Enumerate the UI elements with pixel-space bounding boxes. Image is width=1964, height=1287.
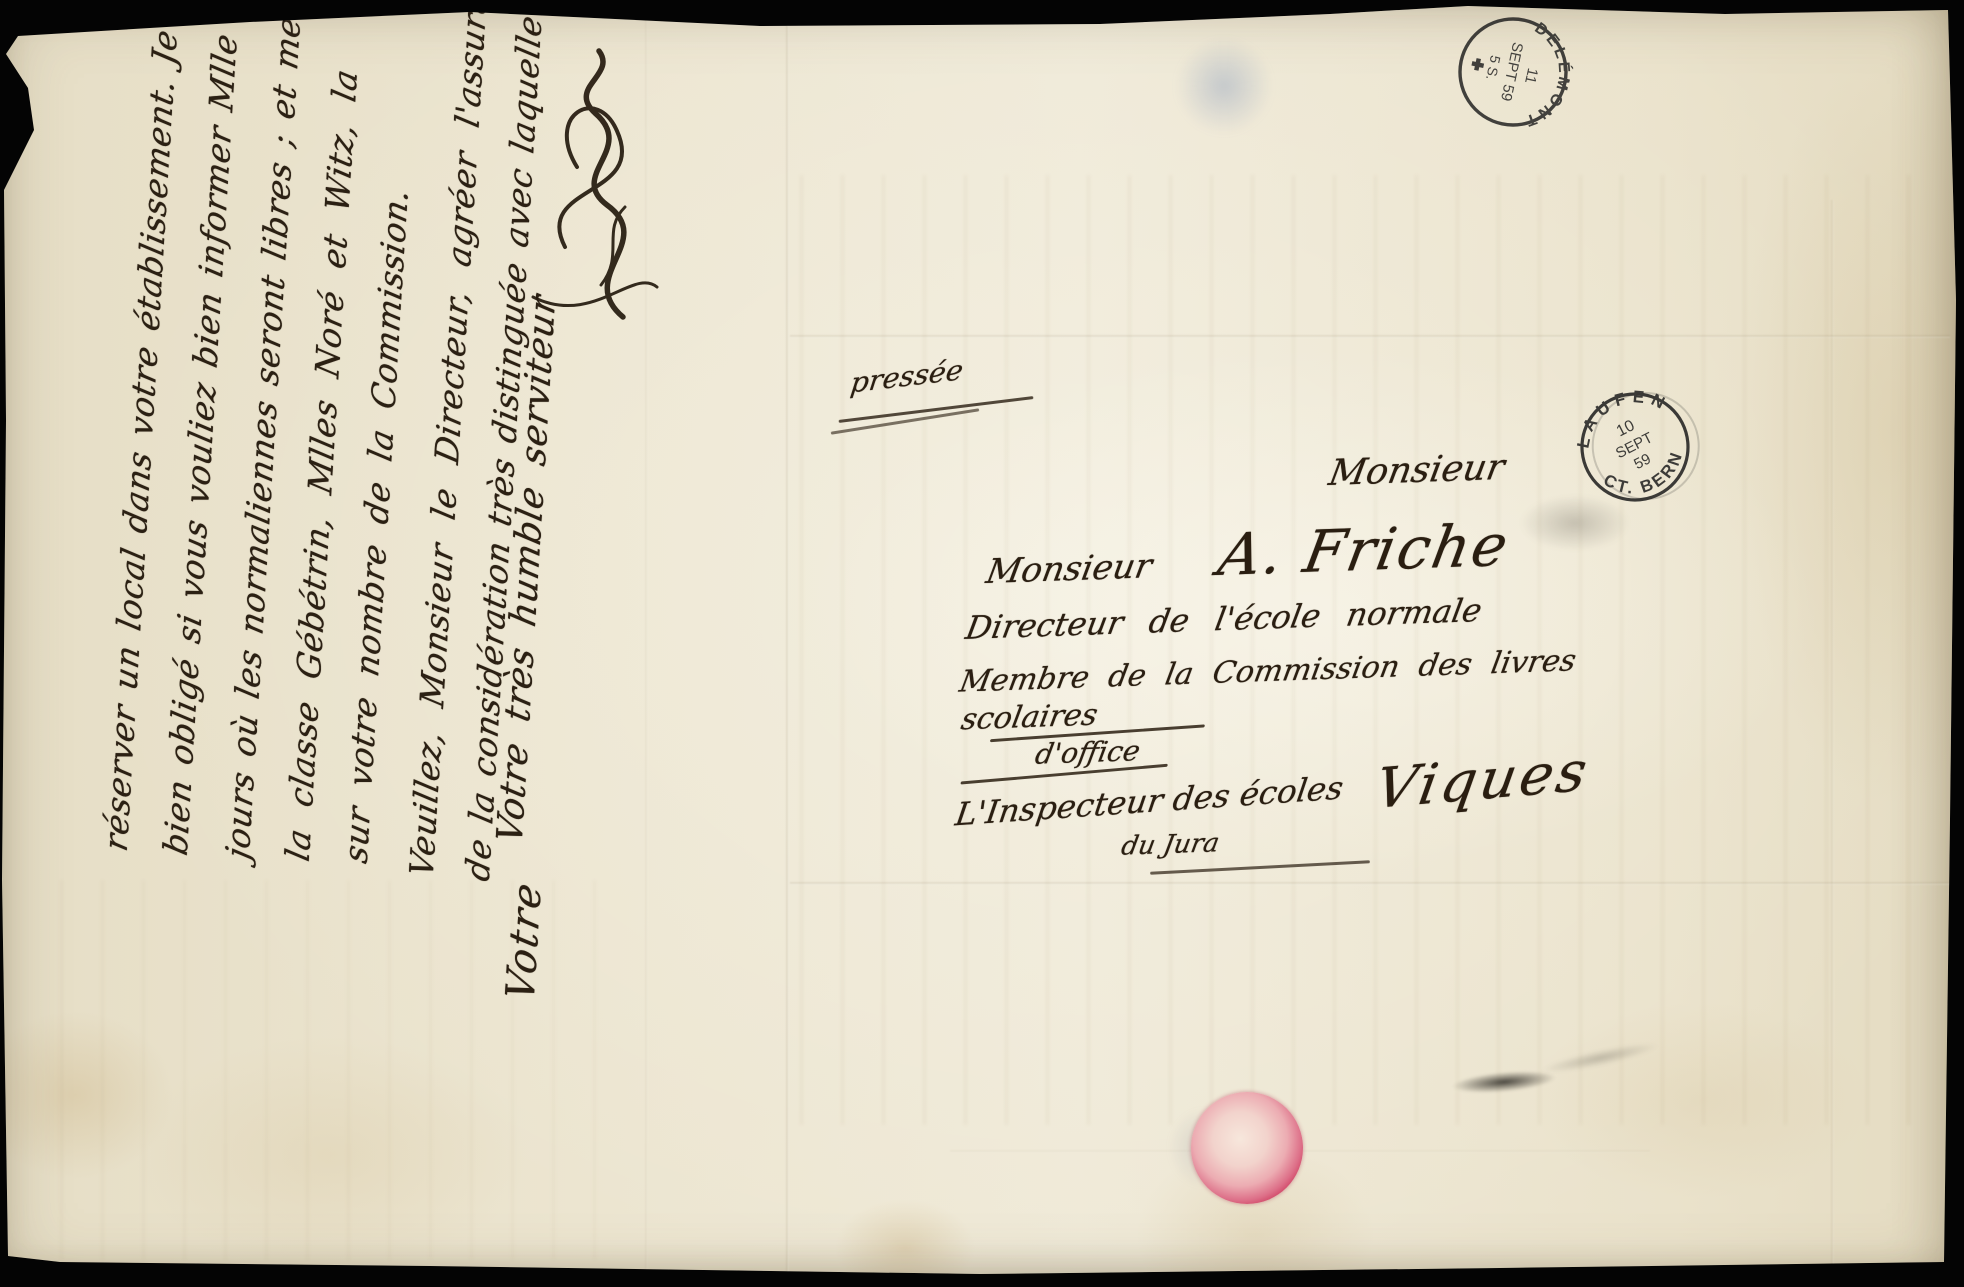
- addressee-title-line-3: scolaires: [958, 698, 1100, 738]
- postmark-delemont: DELÉMONT 11 SEPT 59 5 S.: [1437, 0, 1589, 148]
- postmark-delemont-day: 11: [1521, 66, 1541, 85]
- addressee-name: A. Friche: [1213, 511, 1514, 589]
- signature-flourish: [505, 35, 675, 335]
- fold-crease-vertical-center: [786, 0, 789, 1287]
- blue-ink-smudge: [1176, 38, 1272, 134]
- addressee-name-prefix: Monsieur: [983, 546, 1155, 592]
- swiss-cross-icon: [1471, 57, 1485, 71]
- struck-word-line: d'office: [1033, 734, 1143, 771]
- sender-line-2: du Jura: [1119, 828, 1222, 861]
- struck-word: d'office: [1033, 734, 1143, 771]
- addressee-salutation: Monsieur: [1326, 447, 1508, 494]
- photo-stage: réserver un local dans votre établisseme…: [0, 0, 1964, 1287]
- postmark-delemont-time: 5 S.: [1483, 54, 1504, 82]
- letter-catchword: Votre: [498, 877, 551, 1005]
- wax-seal: [1191, 1092, 1303, 1204]
- postmark-laufen: LAUFEN CT. BERN 10 SEPT 59: [1559, 371, 1711, 523]
- letter-paper: réserver un local dans votre établisseme…: [0, 0, 1964, 1287]
